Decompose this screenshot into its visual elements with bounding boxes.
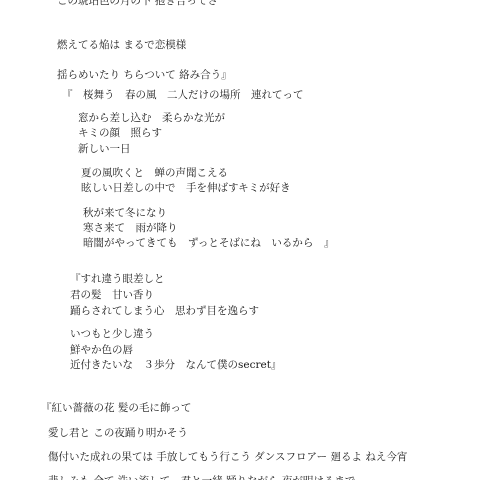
lyric-line: いつもと少し違う [70, 327, 154, 341]
lyric-line: 揺らめいたり ちらついて 絡み合う』 [57, 68, 232, 82]
lyric-line: 鮮やか色の唇 [70, 343, 133, 357]
lyric-line: 新しい一日 [78, 142, 131, 156]
lyric-line: 悲しみも 全て 洗い流して 君と一緒 踊りながら 夜が明けるまで [48, 474, 355, 480]
lyric-line: 窓から差し込む 柔らかな光が [78, 111, 225, 125]
lyric-line: 近付きたいな ３歩分 なんて僕のsecret』 [70, 358, 281, 372]
lyric-line: 『紅い薔薇の花 髪の毛に飾って [41, 401, 191, 415]
lyric-line: 夏の風吹くと 蝉の声聞こえる [81, 166, 228, 180]
lyric-line: この琥珀色の月の下 抱き合ってさ [57, 0, 218, 8]
lyric-line: 眩しい日差しの中で 手を伸ばすキミが好き [81, 181, 291, 195]
lyric-line: 愛し君と この夜踊り明かそう [48, 426, 188, 440]
lyric-line: 燃えてる焔は まるで恋模様 [57, 38, 186, 52]
lyric-line: 『すれ違う眼差しと [70, 272, 165, 286]
lyric-line: 寒さ来て 雨が降り [83, 221, 178, 235]
lyric-line: 暗闇がやってきても ずっとそばにね いるから 』 [83, 236, 334, 250]
lyric-line: 『 桜舞う 春の風 二人だけの場所 連れてって [62, 88, 304, 102]
lyric-line: 踊らされてしまう心 思わず目を逸らす [70, 304, 259, 318]
lyric-line: 傷付いた成れの果ては 手放してもう行こう ダンスフロアー 廻るよ ねえ今宵 [48, 450, 407, 464]
lyric-line: 秋が来て冬になり [83, 206, 167, 220]
lyric-line: 君の髪 甘い香り [70, 288, 154, 302]
lyric-line: キミの顔 照らす [78, 126, 162, 140]
